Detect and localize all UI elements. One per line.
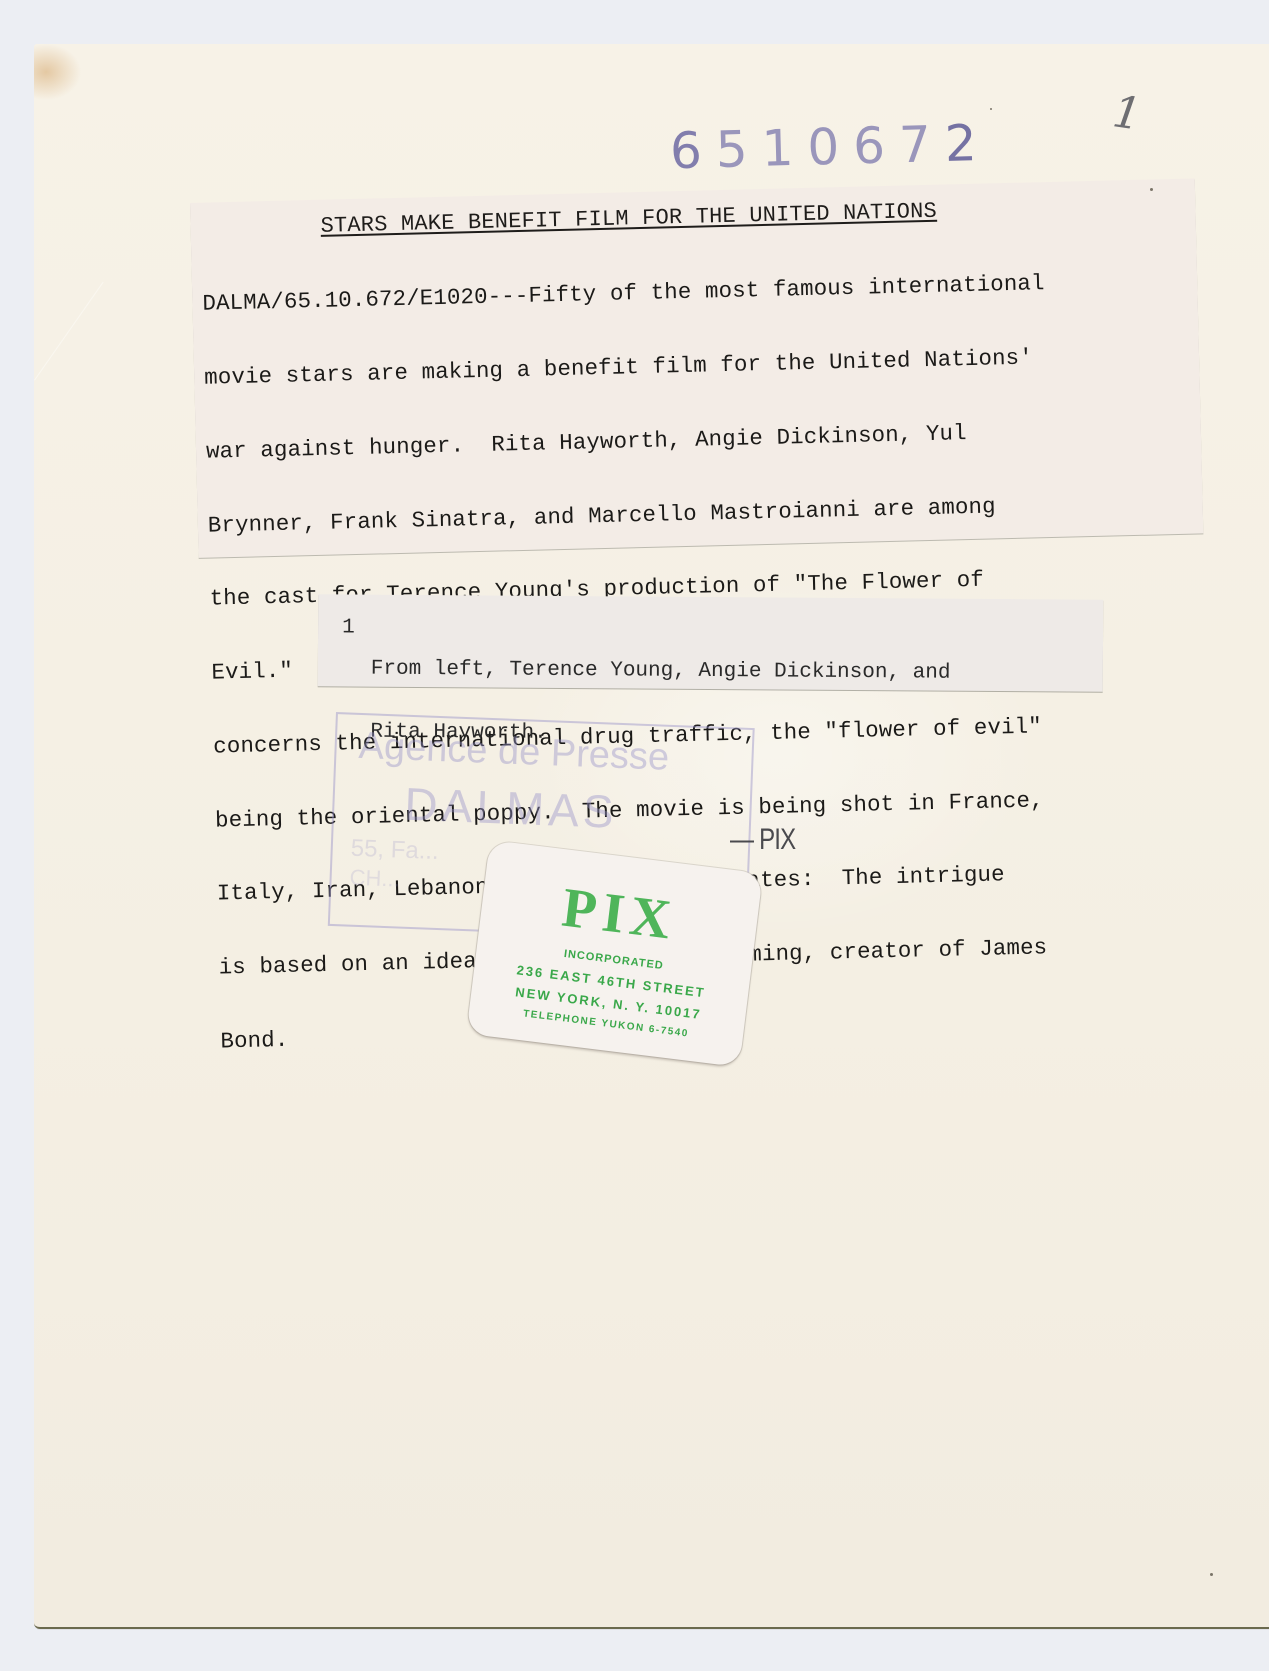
serial-lead-digit: 6 <box>669 121 716 180</box>
pix-agency-sticker: PIX INCORPORATED 236 EAST 46TH STREET NE… <box>466 840 763 1067</box>
body-line: Brynner, Frank Sinatra, and Marcello Mas… <box>208 489 1198 538</box>
paper-speck <box>990 108 992 110</box>
stamped-serial-number: 6510672 <box>669 114 991 180</box>
press-release-slip: STARS MAKE BENEFIT FILM FOR THE UNITED N… <box>190 178 1203 557</box>
caption-line: From left, Terence Young, Angie Dickinso… <box>371 659 951 684</box>
body-line: war against hunger. Rita Hayworth, Angie… <box>206 415 1196 464</box>
caption-number: 1 <box>342 616 355 639</box>
photo-caption-slip: 1 From left, Terence Young, Angie Dickin… <box>318 594 1104 691</box>
stamp-line-agency: Agence de Presse <box>358 725 670 780</box>
stamp-line-address: 55, Fa... <box>350 835 439 866</box>
body-line: movie stars are making a benefit film fo… <box>204 341 1194 390</box>
body-line: DALMA/65.10.672/E1020---Fifty of the mos… <box>202 268 1192 317</box>
stamp-line-name: DALMAS <box>403 777 618 839</box>
paper-speck <box>1150 188 1153 191</box>
handwritten-pix-note: — PIX <box>730 823 795 857</box>
paper-speck <box>1210 1573 1213 1576</box>
serial-tail-digit: 2 <box>944 114 991 173</box>
stamp-line-city: CH... <box>349 865 400 893</box>
serial-middle-digits: 51067 <box>715 115 946 179</box>
